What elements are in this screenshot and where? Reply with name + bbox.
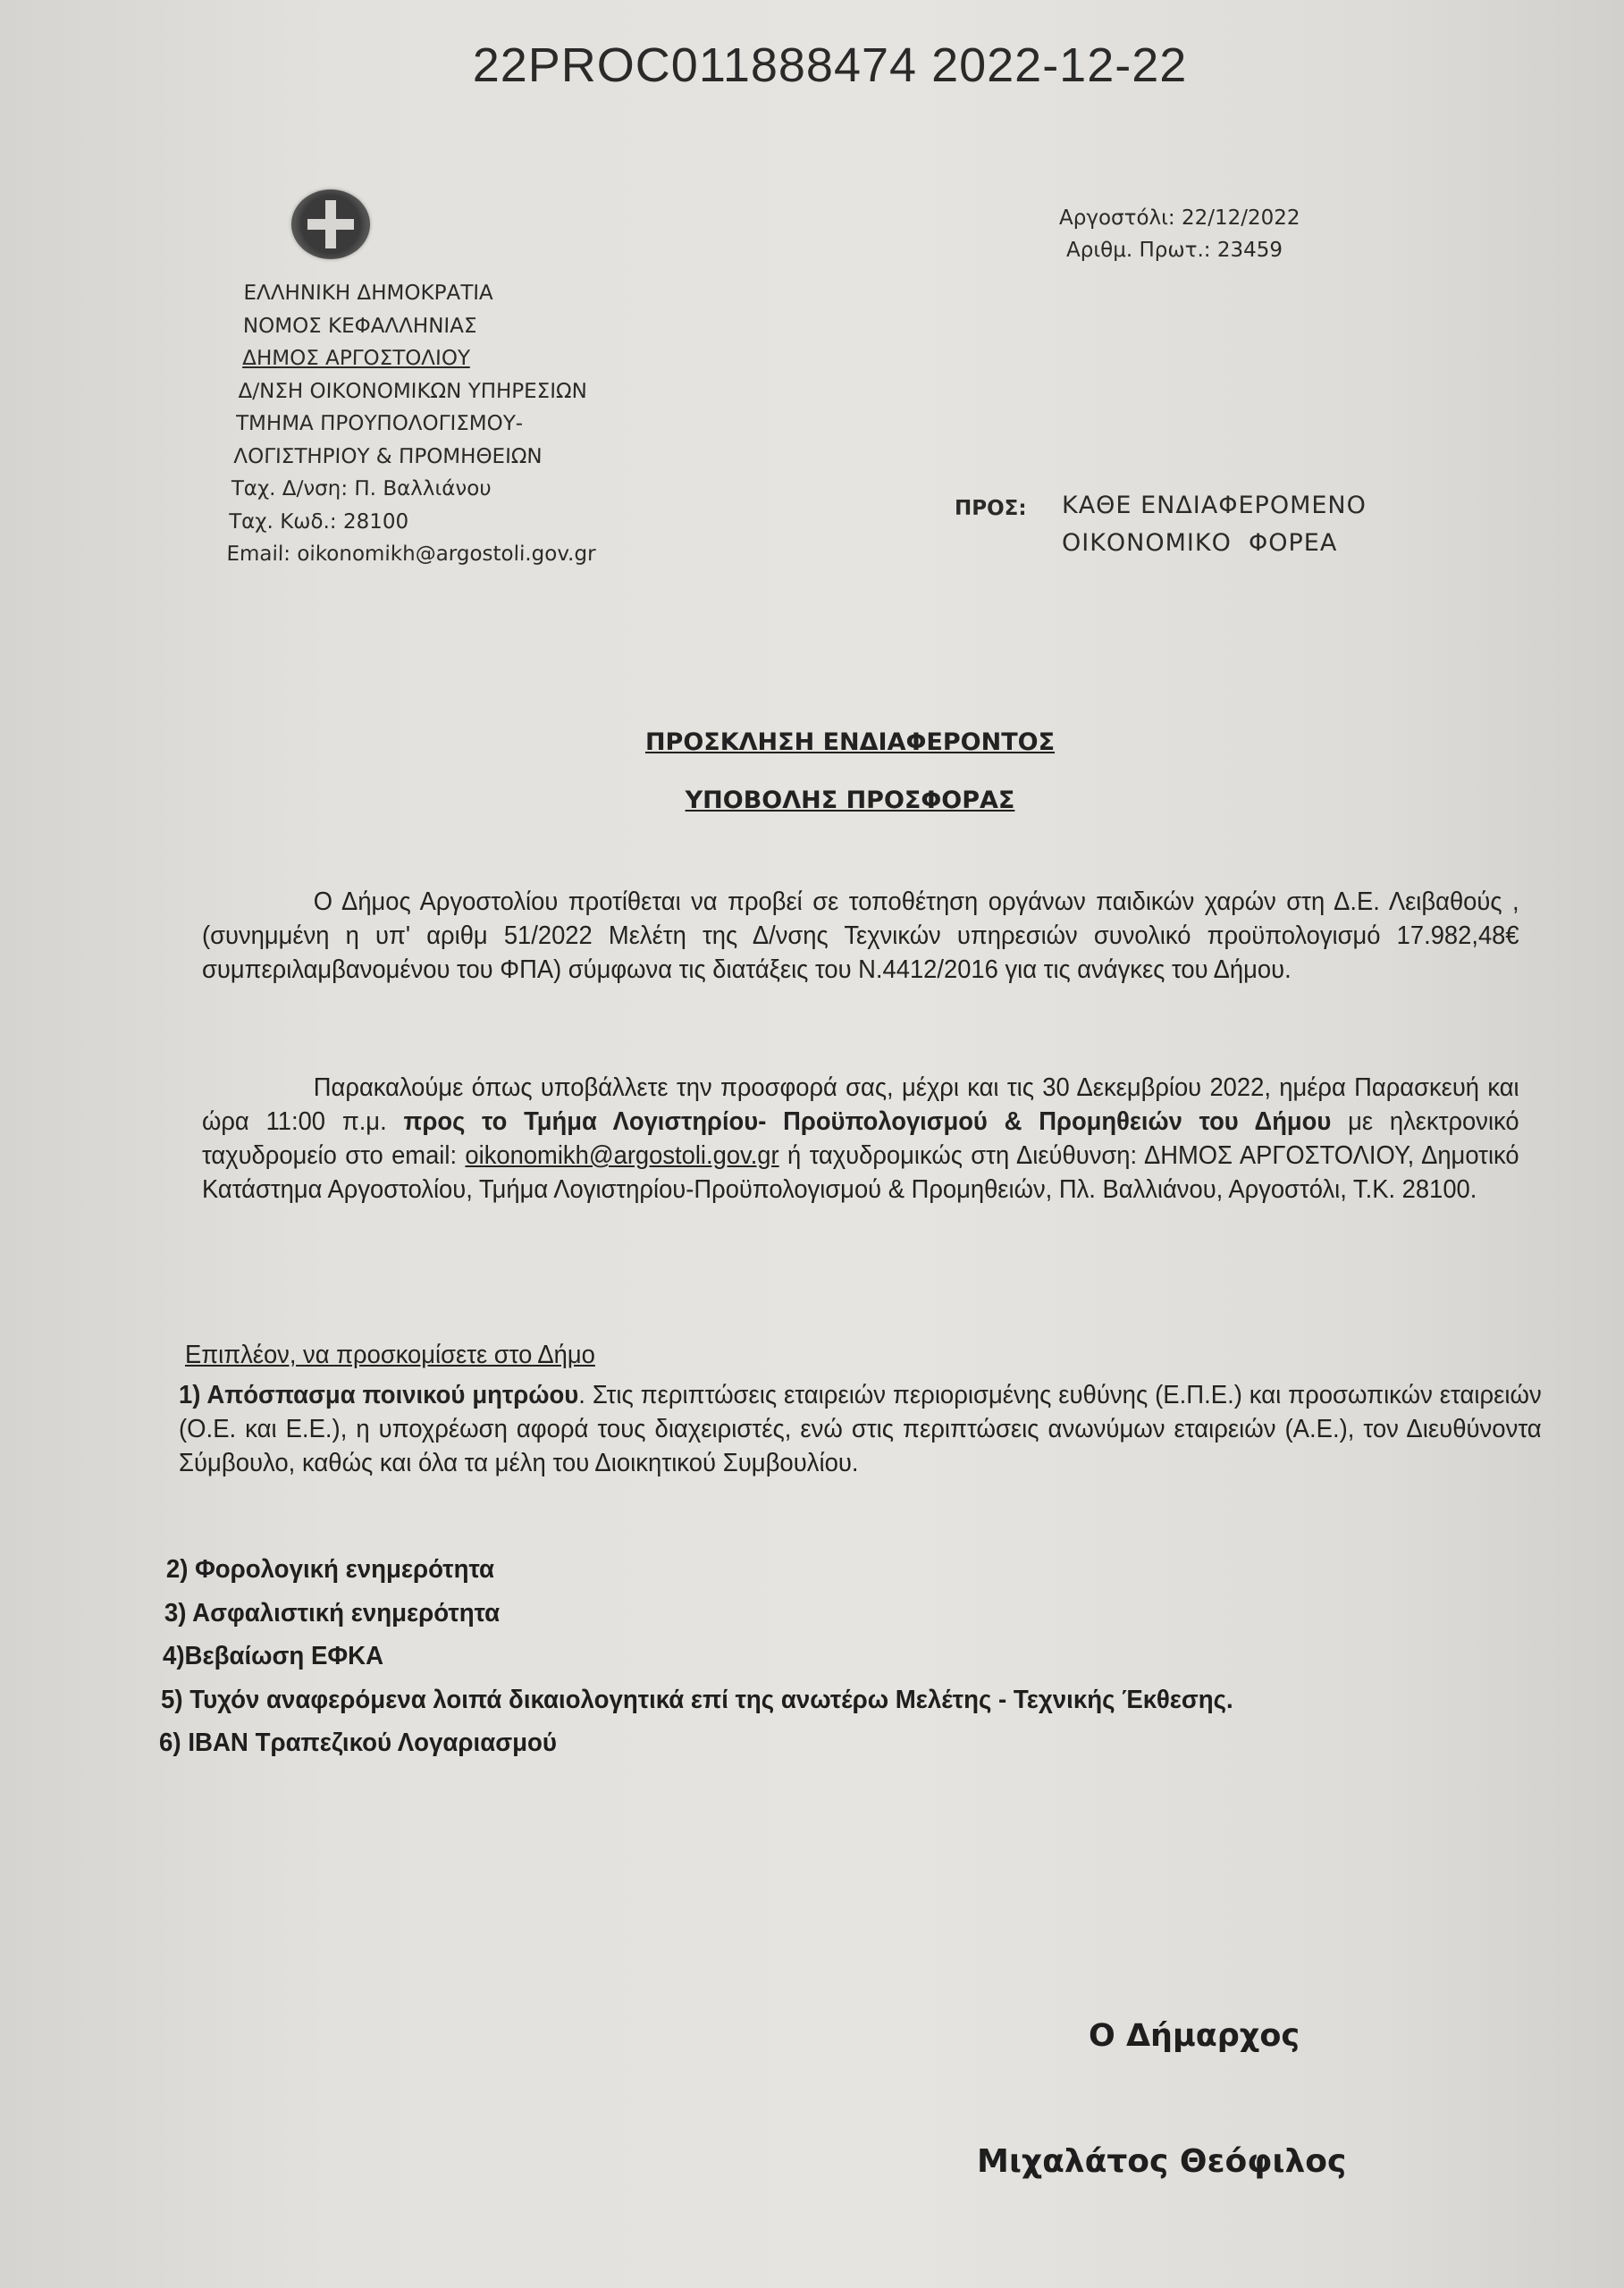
requirement-item-1-title: 1) Απόσπασμα ποινικού μητρώου [179, 1381, 578, 1409]
place-date: Αργοστόλι: 22/12/2022 [1059, 202, 1300, 234]
org-postcode: Ταχ. Κωδ.: 28100 [229, 506, 597, 539]
intro-text: Ο Δήμος Αργοστολίου προτίθεται να προβεί… [202, 887, 1519, 984]
recipient-line: ΟΙΚΟΝΟΜΙΚΟ ΦΟΡΕΑ [1062, 525, 1367, 562]
requirements-heading: Επιπλέον, να προσκομίσετε στο Δήμο [185, 1341, 595, 1370]
greek-coat-of-arms-icon [291, 189, 370, 259]
document-title-line2: ΥΠΟΒΟΛΗΣ ΠΡΟΣΦΟΡΑΣ [0, 786, 1624, 814]
document-id: 22PROC011888474 2022-12-22 [0, 38, 1624, 93]
signatory-role: Ο Δήμαρχος [1089, 2018, 1300, 2054]
requirement-item: 4)Βεβαίωση ΕΦΚΑ [163, 1635, 1233, 1678]
requirement-item: 5) Τυχόν αναφερόμενα λοιπά δικαιολογητικ… [161, 1678, 1233, 1722]
requirements-list: 2) Φορολογική ενημερότητα 3) Ασφαλιστική… [161, 1548, 1233, 1765]
email-link[interactable]: oikonomikh@argostoli.gov.gr [465, 1141, 778, 1170]
recipient-line: ΚΑΘΕ ΕΝΔΙΑΦΕΡΟΜΕΝΟ [1062, 487, 1367, 525]
org-line-municipality: ΔΗΜΟΣ ΑΡΓΟΣΤΟΛΙΟΥ [242, 342, 600, 375]
requirement-item-1: 1) Απόσπασμα ποινικού μητρώου. Στις περι… [179, 1378, 1542, 1480]
issuer-block: ΕΛΛΗΝΙΚΗ ΔΗΜΟΚΡΑΤΙΑ ΝΟΜΟΣ ΚΕΦΑΛΛΗΝΙΑΣ ΔΗ… [239, 277, 601, 571]
signatory-name: Μιχαλάτος Θεόφιλος [977, 2143, 1346, 2180]
org-address: Ταχ. Δ/νση: Π. Βαλλιάνου [231, 473, 597, 506]
org-line: ΛΟΓΙΣΤΗΡΙΟΥ & ΠΡΟΜΗΘΕΙΩΝ [233, 441, 598, 474]
org-line: ΝΟΜΟΣ ΚΕΦΑΛΛΗΝΙΑΣ [243, 310, 601, 343]
protocol-number: Αριθμ. Πρωτ.: 23459 [1066, 234, 1300, 266]
recipient-label: ΠΡΟΣ: [955, 487, 1062, 562]
org-line: ΕΛΛΗΝΙΚΗ ΔΗΜΟΚΡΑΤΙΑ [243, 277, 601, 310]
submission-paragraph: Παρακαλούμε όπως υποβάλλετε την προσφορά… [202, 1071, 1519, 1207]
requirement-item: 3) Ασφαλιστική ενημερότητα [164, 1592, 1233, 1636]
recipient-block: ΠΡΟΣ: ΚΑΘΕ ΕΝΔΙΑΦΕΡΟΜΕΝΟ ΟΙΚΟΝΟΜΙΚΟ ΦΟΡΕ… [955, 487, 1367, 562]
intro-paragraph: Ο Δήμος Αργοστολίου προτίθεται να προβεί… [202, 885, 1519, 987]
org-line: ΤΜΗΜΑ ΠΡΟΥΠΟΛΟΓΙΣΜΟΥ- [236, 408, 599, 441]
document-title-line1: ΠΡΟΣΚΛΗΣΗ ΕΝΔΙΑΦΕΡΟΝΤΟΣ [0, 728, 1624, 756]
org-line: Δ/ΝΣΗ ΟΙΚΟΝΟΜΙΚΩΝ ΥΠΗΡΕΣΙΩΝ [238, 375, 599, 408]
submission-recipient: προς το Τμήμα Λογιστηρίου- Προϋπολογισμο… [403, 1107, 1331, 1136]
date-protocol-block: Αργοστόλι: 22/12/2022 Αριθμ. Πρωτ.: 2345… [1059, 202, 1300, 266]
requirement-item: 6) IBAN Τραπεζικού Λογαριασμού [159, 1721, 1233, 1765]
requirement-item: 2) Φορολογική ενημερότητα [166, 1548, 1233, 1592]
org-email: Email: oikonomikh@argostoli.gov.gr [226, 538, 596, 571]
